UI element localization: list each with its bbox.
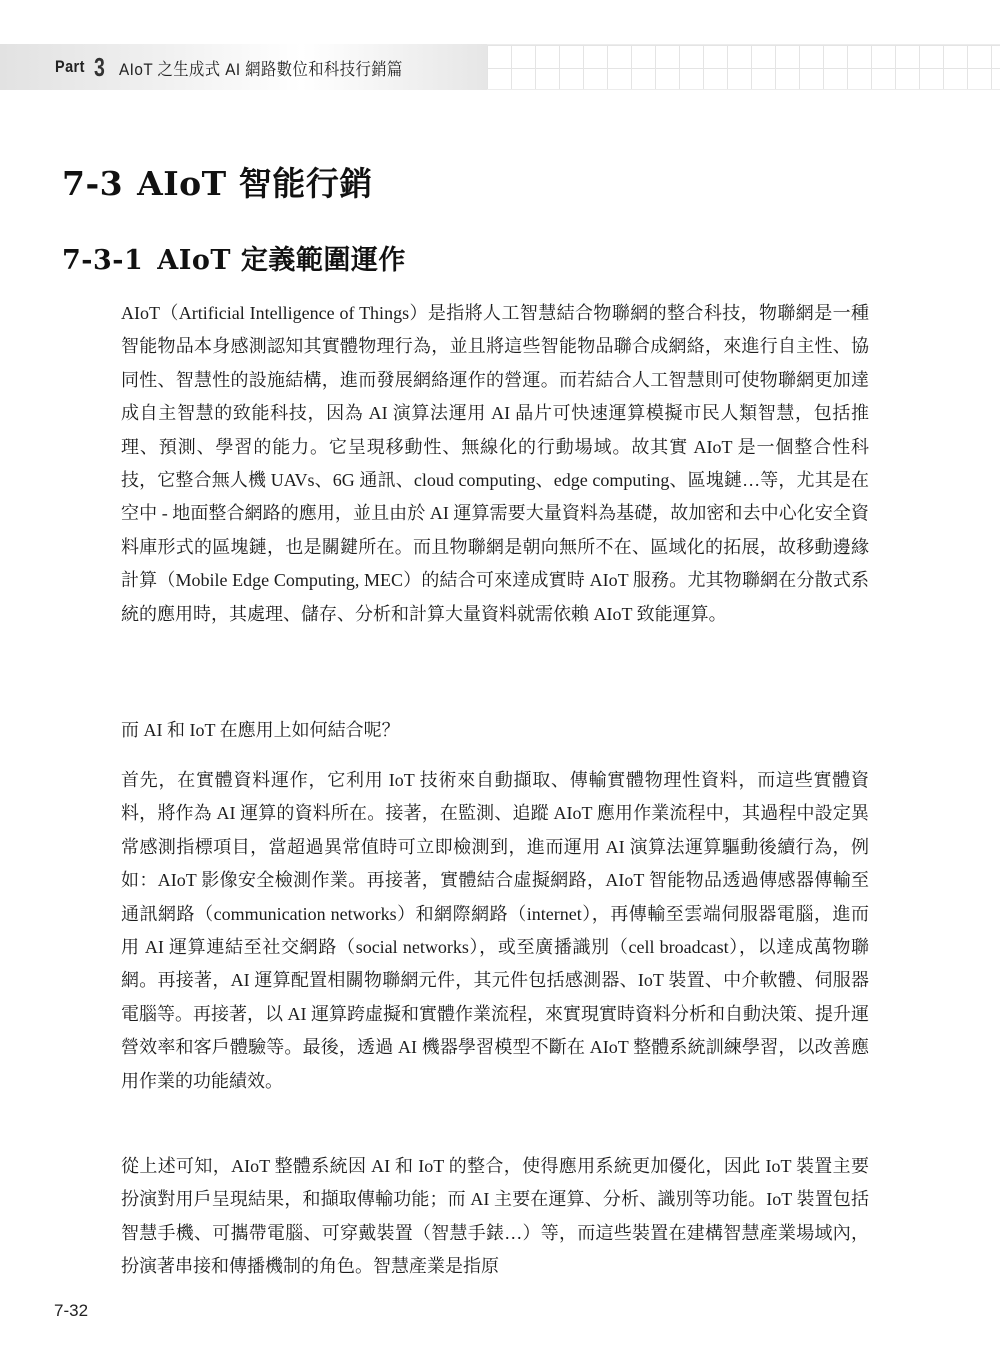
subsection-heading: 7-3-1AIoT 定義範圍運作 xyxy=(62,238,406,277)
paragraph-aiot-definition: AIoT（Artificial Intelligence of Things）是… xyxy=(121,297,869,631)
paragraph-summary: 從上述可知，AIoT 整體系統因 AI 和 IoT 的整合，使得應用系統更加優化… xyxy=(121,1150,869,1284)
running-header: Part 3 AIoT 之生成式 AI 網路數位和科技行銷篇 xyxy=(0,44,1000,90)
paragraph-text: 而 AI 和 IoT 在應用上如何結合呢？ xyxy=(121,714,869,747)
part-number: 3 xyxy=(94,52,105,83)
part-title: AIoT 之生成式 AI 網路數位和科技行銷篇 xyxy=(119,55,403,80)
paragraph-text: AIoT（Artificial Intelligence of Things）是… xyxy=(121,297,869,631)
paragraph-question: 而 AI 和 IoT 在應用上如何結合呢？ xyxy=(121,714,869,747)
paragraph-integration-steps: 首先，在實體資料運作，它利用 IoT 技術來自動擷取、傳輸實體物理性資料，而這些… xyxy=(121,764,869,1098)
paragraph-text: 從上述可知，AIoT 整體系統因 AI 和 IoT 的整合，使得應用系統更加優化… xyxy=(121,1150,869,1284)
part-word: Part xyxy=(55,57,85,77)
header-grid-pattern xyxy=(487,44,1000,90)
running-header-label: Part 3 AIoT 之生成式 AI 網路數位和科技行銷篇 xyxy=(55,44,434,90)
paragraph-text: 首先，在實體資料運作，它利用 IoT 技術來自動擷取、傳輸實體物理性資料，而這些… xyxy=(121,764,869,1098)
subsection-title: AIoT 定義範圍運作 xyxy=(157,245,406,276)
section-heading: 7-3AIoT 智能行銷 xyxy=(62,158,373,205)
page-number: 7-32 xyxy=(54,1301,88,1321)
section-number: 7-3 xyxy=(62,164,123,203)
section-title: AIoT 智能行銷 xyxy=(137,164,373,203)
subsection-number: 7-3-1 xyxy=(62,245,143,276)
